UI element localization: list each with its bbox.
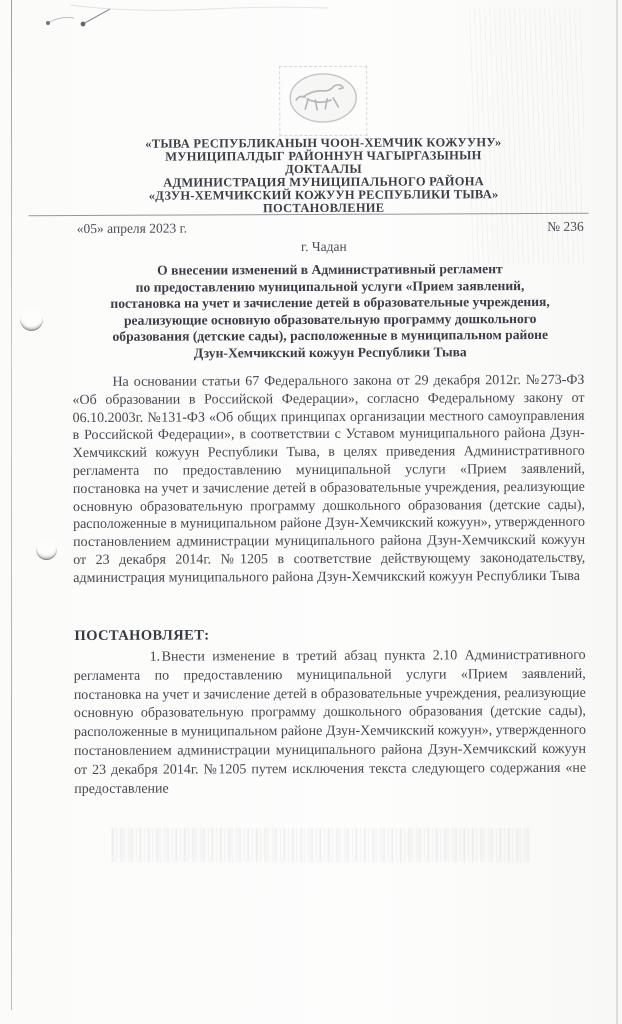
scanned-document-page: «ТЫВА РЕСПУБЛИКАНЫН ЧООН-ХЕМЧИК КОЖУУНУ»… [0,0,622,1024]
item-text: Внести изменение в третий абзац пункта 2… [74,648,586,797]
document-number: № 236 [547,219,584,235]
horse-emblem-icon [281,69,365,131]
title-line: образования (детские сады), расположенны… [55,327,605,346]
title-line: Дзун-Хемчикский кожуун Республики Тыва [55,344,605,363]
resolves-heading: ПОСТАНОВЛЯЕТ: [75,627,210,645]
document-sheet: «ТЫВА РЕСПУБЛИКАНЫН ЧООН-ХЕМЧИК КОЖУУНУ»… [0,0,622,1024]
resolution-item-1: 1.Внести изменение в третий абзац пункта… [74,647,587,800]
document-title: О внесении изменений в Административный … [55,261,605,363]
city-label: г. Чадан [0,238,622,257]
item-number: 1. [112,649,162,668]
emblem-stamp [279,66,367,136]
meta-row: «05» апреля 2023 г. № 236 [72,219,584,237]
letterhead: «ТЫВА РЕСПУБЛИКАНЫН ЧООН-ХЕМЧИК КОЖУУНУ»… [58,136,588,216]
title-line: постановка на учет и зачисление детей в … [55,294,605,313]
document-date: «05» апреля 2023 г. [72,221,187,238]
preamble-paragraph: На основании статьи 67 Федерального зако… [72,372,585,588]
